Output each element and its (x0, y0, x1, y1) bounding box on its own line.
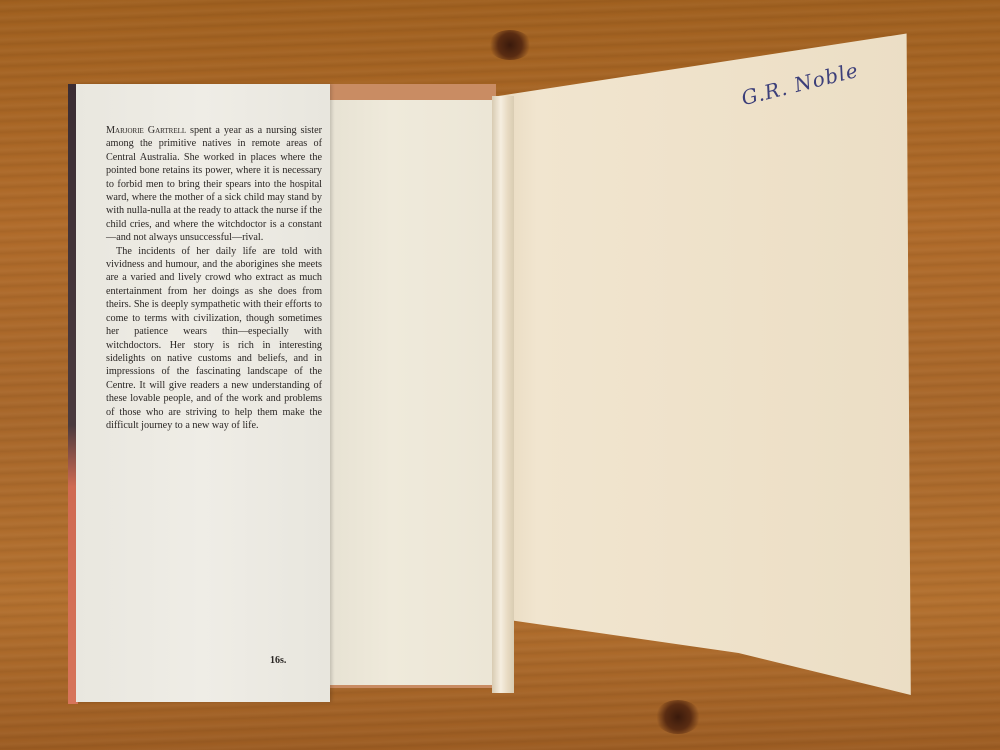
price-label: 16s. (270, 655, 286, 666)
wood-knot (488, 30, 532, 60)
blurb-paragraph-2: The incidents of her daily life are told… (106, 245, 322, 433)
wood-knot (655, 700, 701, 734)
book-gutter (492, 96, 514, 693)
front-endpaper (495, 30, 915, 730)
blurb-paragraph-1: Marjorie Gartrell spent a year as a nurs… (106, 124, 322, 245)
author-name: Marjorie Gartrell (106, 125, 186, 136)
inner-page (322, 100, 494, 685)
jacket-blurb: Marjorie Gartrell spent a year as a nurs… (106, 124, 322, 432)
